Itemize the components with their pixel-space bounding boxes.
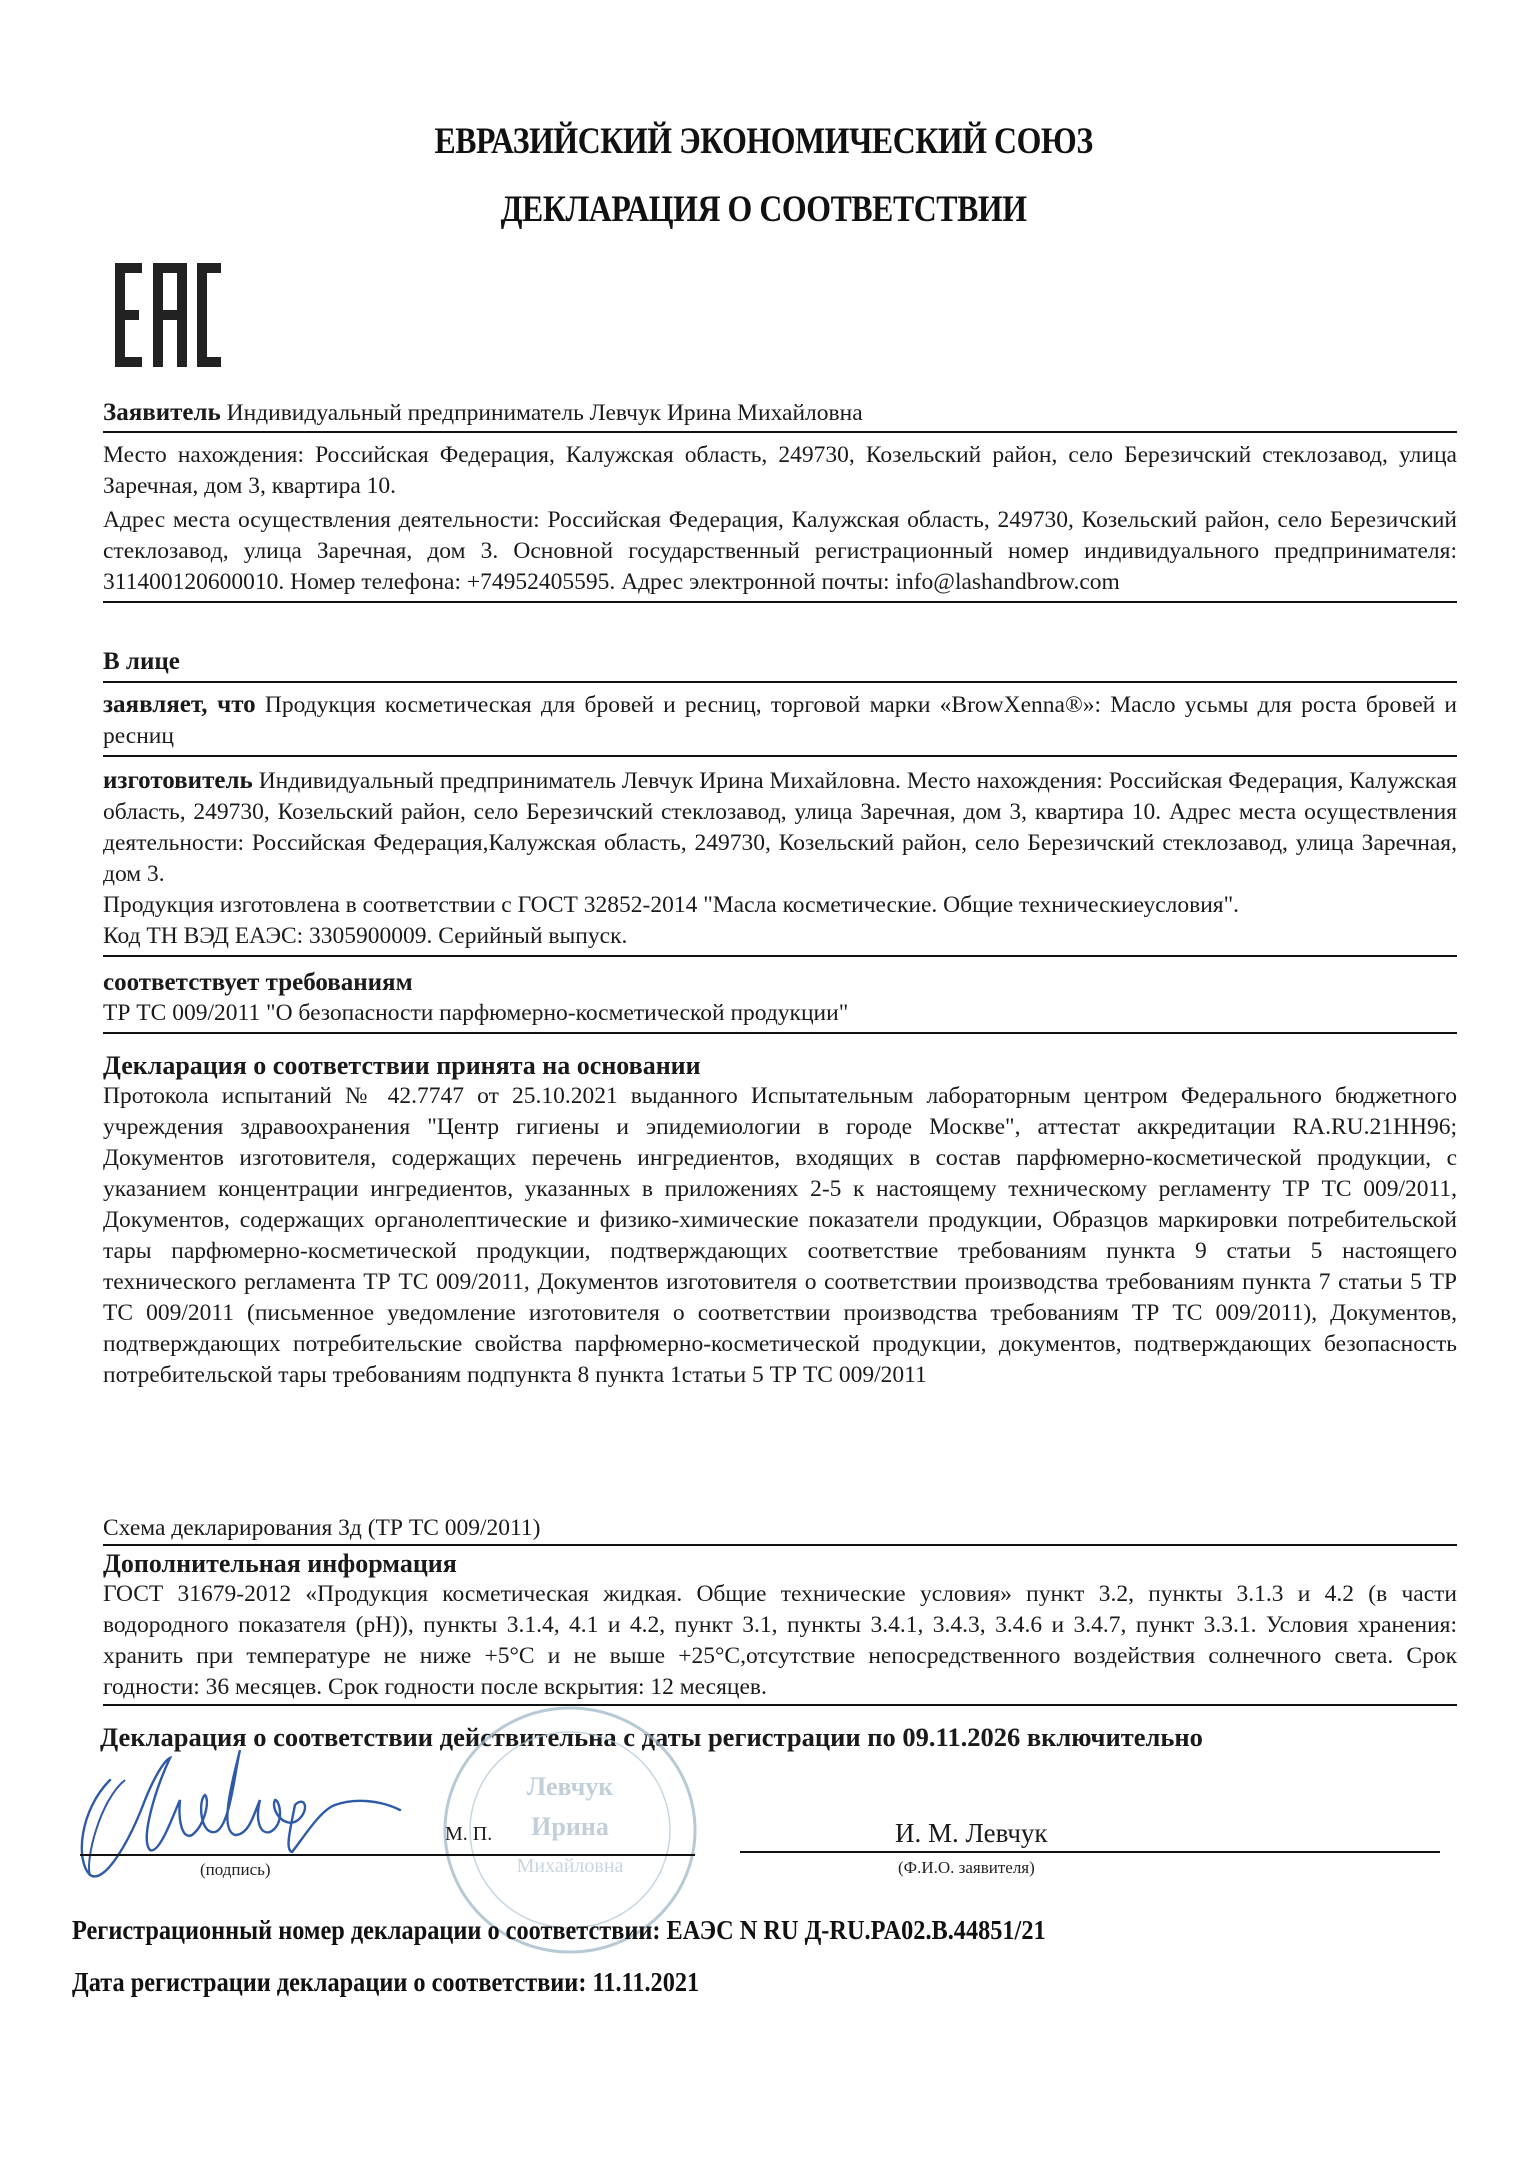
declares-row: заявляет, что Продукция косметическая дл… (103, 689, 1457, 757)
name-caption: (Ф.И.О. заявителя) (898, 1858, 1035, 1878)
validity-row: Декларация о соответствии действительна … (100, 1722, 1500, 1755)
basis-section: Декларация о соответствии принята на осн… (103, 1050, 1457, 1391)
applicant-name-signature: И. М. Левчук (895, 1818, 1048, 1849)
signature-caption: (подпись) (200, 1860, 271, 1880)
product-description: Продукция косметическая для бровей и рес… (103, 692, 1457, 749)
additional-info-text: ГОСТ 31679-2012 «Продукция косметическая… (103, 1579, 1457, 1703)
conforms-row: соответствует требованиям ТР ТС 009/2011… (103, 967, 1457, 1034)
represented-by-label: В лице (103, 648, 180, 675)
applicant-activity-address: Адрес места осуществления деятельности: … (103, 505, 1457, 598)
signature-line (80, 1854, 695, 1856)
registration-number: Регистрационный номер декларации о соотв… (72, 1915, 1046, 1946)
manufacturer-label: изготовитель (103, 767, 253, 794)
additional-info-label: Дополнительная информация (103, 1548, 1457, 1579)
tn-ved-code: Код ТН ВЭД ЕАЭС: 3305900009. Серийный вы… (103, 921, 1457, 952)
applicant-details: Место нахождения: Российская Федерация, … (103, 440, 1457, 603)
declaration-page: ЕВРАЗИЙСКИЙ ЭКОНОМИЧЕСКИЙ СОЮЗ ДЕКЛАРАЦИ… (0, 0, 1527, 2160)
name-line (740, 1851, 1440, 1853)
manufacturer-row: изготовитель Индивидуальный предпринимат… (103, 765, 1457, 957)
declares-label: заявляет, что (103, 691, 256, 718)
manufacturer-standard: Продукция изготовлена в соответствии с Г… (103, 890, 1457, 921)
registration-date: Дата регистрации декларации о соответств… (72, 1967, 699, 1998)
seal-line-2: Ирина (531, 1812, 609, 1841)
represented-by-row: В лице (103, 646, 1457, 683)
handwritten-signature-icon (70, 1740, 420, 1890)
applicant-label: Заявитель (103, 399, 221, 426)
applicant-location: Место нахождения: Российская Федерация, … (103, 440, 1457, 502)
seal-place-label: М. П. (445, 1823, 492, 1846)
basis-label: Декларация о соответствии принята на осн… (103, 1050, 1457, 1081)
declaration-scheme: Схема декларирования 3д (ТР ТС 009/2011) (103, 1515, 540, 1541)
declaration-scheme-row: Схема декларирования 3д (ТР ТС 009/2011) (103, 1513, 1457, 1546)
conforms-label: соответствует требованиям (103, 967, 1457, 998)
eac-mark-icon (115, 263, 221, 367)
basis-text: Протокола испытаний № 42.7747 от 25.10.2… (103, 1081, 1457, 1391)
manufacturer-details: Индивидуальный предприниматель Левчук Ир… (103, 768, 1457, 887)
document-title: ДЕКЛАРАЦИЯ О СООТВЕТСТВИИ (107, 188, 1420, 231)
applicant-name: Индивидуальный предприниматель Левчук Ир… (227, 400, 863, 426)
additional-info-section: Дополнительная информация ГОСТ 31679-201… (103, 1548, 1457, 1706)
applicant-row: Заявитель Индивидуальный предприниматель… (103, 397, 1457, 433)
technical-regulation: ТР ТС 009/2011 "О безопасности парфюмерн… (103, 998, 1457, 1029)
union-heading: ЕВРАЗИЙСКИЙ ЭКОНОМИЧЕСКИЙ СОЮЗ (107, 120, 1420, 163)
validity-text: Декларация о соответствии действительна … (100, 1722, 1203, 1752)
seal-line-1: Левчук (527, 1772, 613, 1801)
seal-line-3: Михайловна (517, 1855, 624, 1877)
